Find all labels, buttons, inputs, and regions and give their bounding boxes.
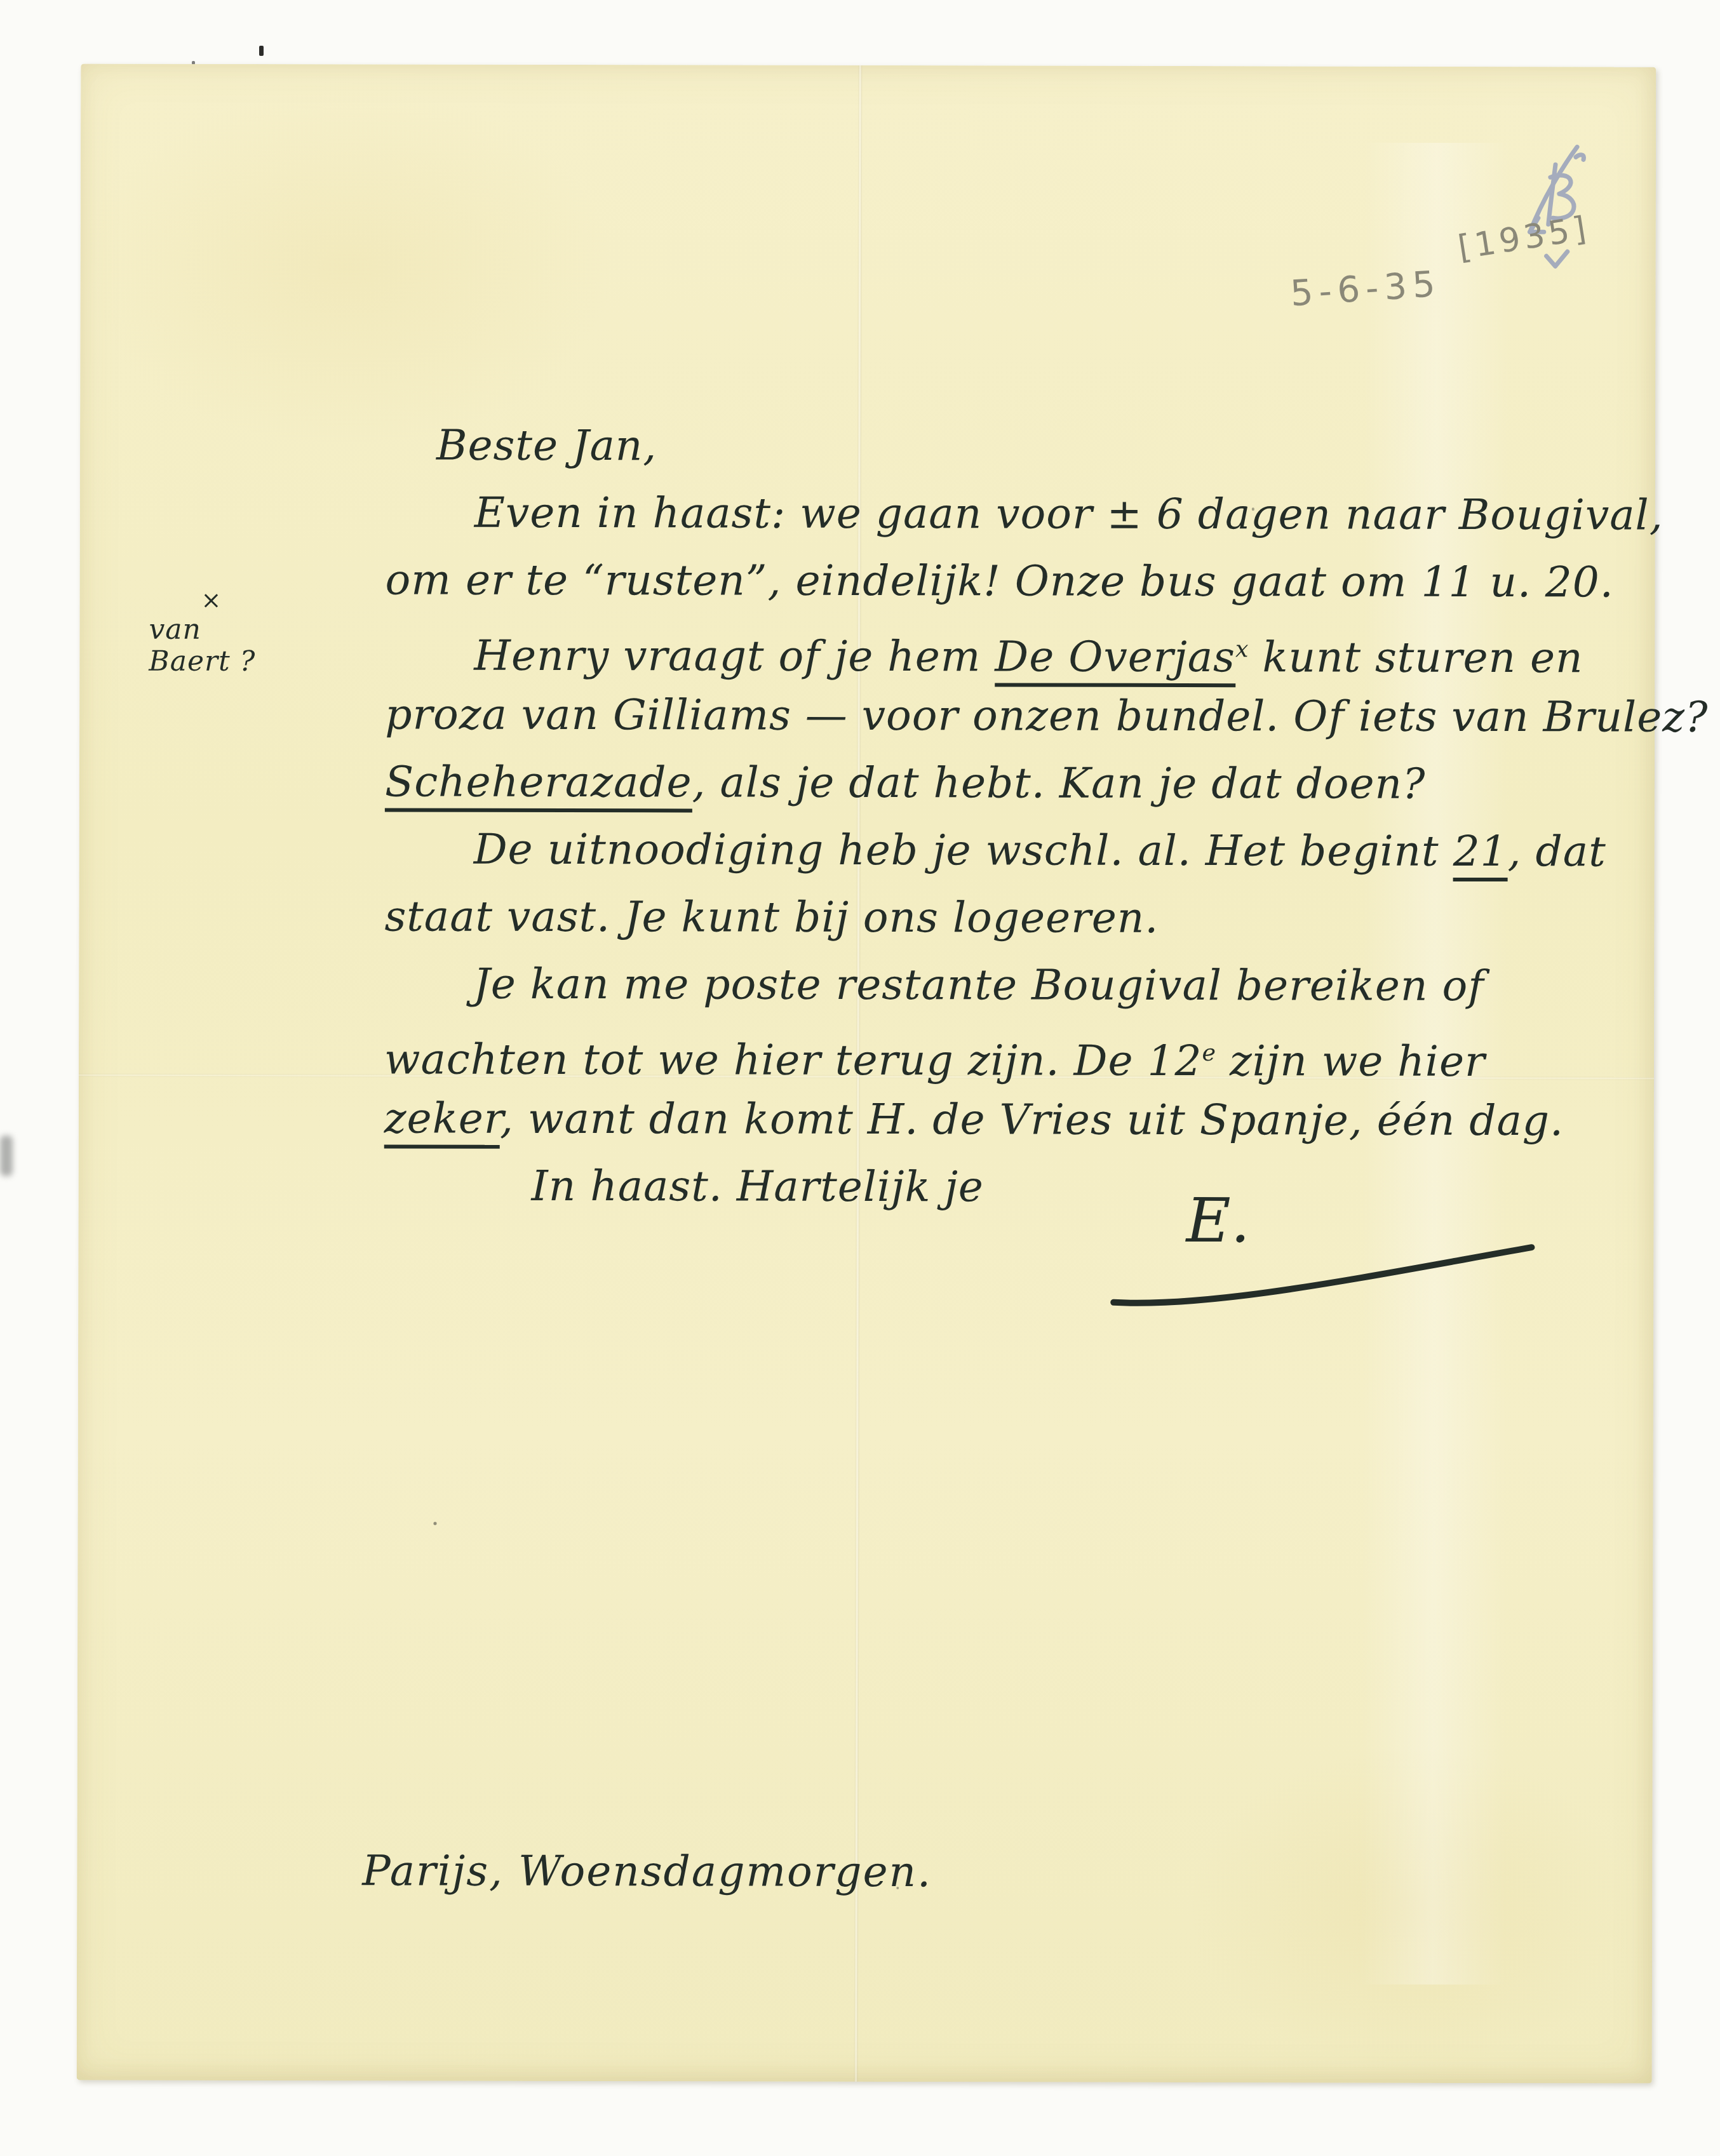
letter-body: Beste Jan, Even in haast: we gaan voor ±… bbox=[384, 412, 1695, 1222]
line-text: staat vast. Je kunt bij ons logeeren. bbox=[384, 892, 1159, 942]
closing-text: In haast. Hartelijk je bbox=[532, 1162, 984, 1211]
letter-line: Scheherazade, als je dat hebt. Kan je da… bbox=[385, 748, 1693, 818]
closing-line: In haast. Hartelijk je bbox=[532, 1153, 1693, 1222]
signature-flourish bbox=[1107, 1231, 1539, 1315]
margin-note-asterisk: × bbox=[201, 586, 256, 614]
letter-paper: 5-6-35 [1935] × van Baert ? Beste Jan, E… bbox=[77, 64, 1656, 2083]
scan-speck bbox=[259, 46, 264, 56]
letter-line: Je kan me poste restante Bougival bereik… bbox=[473, 951, 1693, 1021]
paper-speck bbox=[1252, 507, 1254, 511]
letter-line: staat vast. Je kunt bij ons logeeren. bbox=[384, 883, 1693, 953]
letter-line: om er te “rusten”, eindelijk! Onze bus g… bbox=[386, 546, 1694, 616]
line-text: zijn we hier bbox=[1216, 1036, 1486, 1086]
line-text: proza van Gilliams — voor onzen bundel. … bbox=[385, 690, 1708, 741]
line-text: Henry vraagt of je hem bbox=[474, 631, 995, 681]
line-text: om er te “rusten”, eindelijk! Onze bus g… bbox=[386, 555, 1614, 606]
margin-note-line: van bbox=[149, 613, 201, 646]
line-text: , want dan komt H. de Vries uit Spanje, … bbox=[500, 1094, 1564, 1146]
scanned-letter: 5-6-35 [1935] × van Baert ? Beste Jan, E… bbox=[0, 0, 1720, 2156]
margin-note-line: Baert ? bbox=[149, 645, 255, 678]
line-text: Even in haast: we gaan voor ± 6 dagen na… bbox=[474, 488, 1663, 540]
salutation-text: Beste Jan, bbox=[436, 421, 657, 471]
line-text: , dat bbox=[1508, 827, 1606, 876]
letter-line: wachten tot we hier terug zijn. De 12e z… bbox=[384, 1017, 1693, 1087]
line-text: Je kan me poste restante Bougival bereik… bbox=[473, 960, 1484, 1010]
ordinal-suffix: e bbox=[1202, 1039, 1216, 1066]
footnote-marker: x bbox=[1235, 635, 1249, 662]
underlined-title-de-overjas: De Overjas bbox=[995, 632, 1235, 687]
letter-line: zeker, want dan komt H. de Vries uit Spa… bbox=[384, 1085, 1693, 1155]
paper-speck bbox=[896, 1887, 899, 1889]
underlined-date-21: 21 bbox=[1453, 827, 1508, 881]
underlined-word-zeker: zeker bbox=[384, 1094, 500, 1148]
letter-line: Even in haast: we gaan voor ± 6 dagen na… bbox=[474, 479, 1694, 549]
underlined-title-scheherazade: Scheherazade bbox=[385, 757, 692, 812]
paper-speck bbox=[434, 1522, 437, 1525]
letter-line: proza van Gilliams — voor onzen bundel. … bbox=[385, 681, 1693, 751]
line-text: De uitnoodiging heb je wschl. al. Het be… bbox=[474, 825, 1453, 876]
letter-line: Henry vraagt of je hem De Overjasx kunt … bbox=[474, 614, 1693, 684]
pencil-date-annotation: 5-6-35 bbox=[1289, 264, 1442, 315]
margin-note: × van Baert ? bbox=[149, 586, 255, 678]
letter-line: De uitnoodiging heb je wschl. al. Het be… bbox=[474, 816, 1693, 886]
salutation-line: Beste Jan, bbox=[436, 412, 1694, 482]
line-text: wachten tot we hier terug zijn. De 12 bbox=[384, 1034, 1202, 1085]
line-text: kunt sturen en bbox=[1248, 633, 1583, 682]
place-date-line: Parijs, Woensdagmorgen. bbox=[362, 1836, 932, 1907]
scan-edge-smudge bbox=[0, 1135, 13, 1176]
line-text: , als je dat hebt. Kan je dat doen? bbox=[692, 758, 1426, 808]
